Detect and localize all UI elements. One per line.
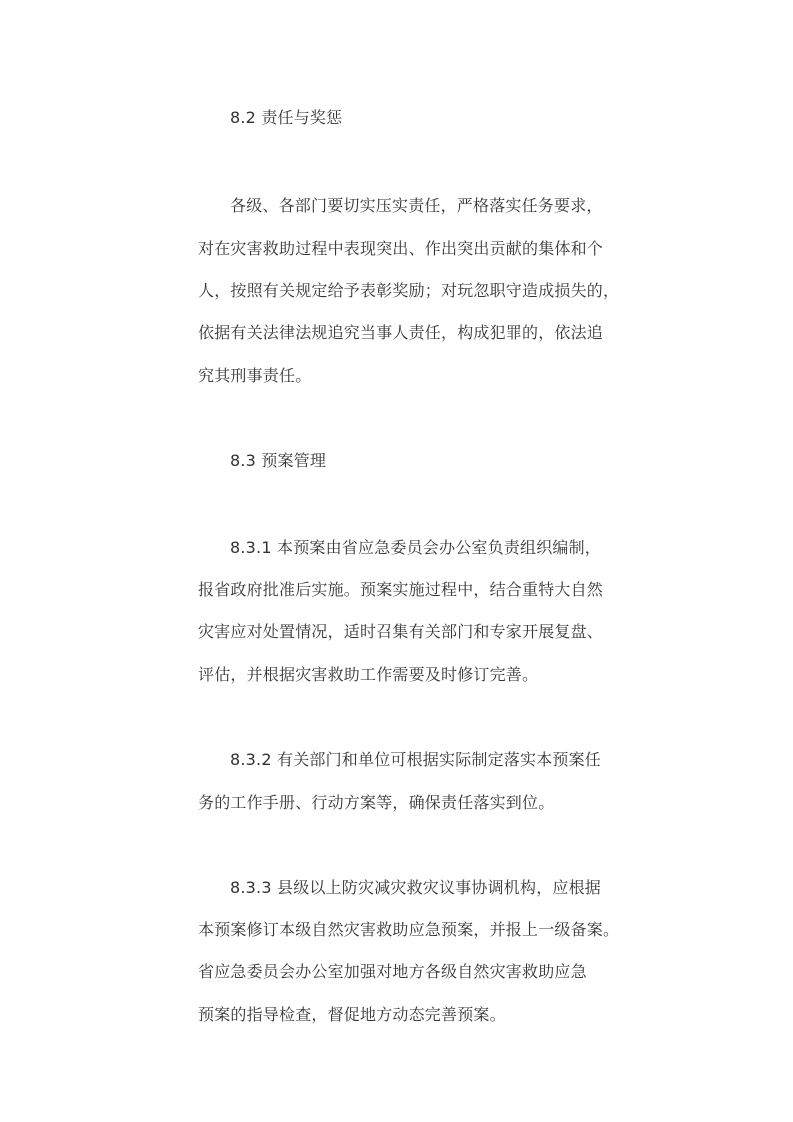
paragraph-line: 预案的指导检查，督促地方动态完善预案。 xyxy=(198,1005,506,1025)
paragraph-line: 人，按照有关规定给予表彰奖励；对玩忽职守造成损失的， xyxy=(198,281,619,301)
paragraph-line: 省应急委员会办公室加强对地方各级自然灾害救助应急 xyxy=(198,962,587,982)
paragraph-line: 务的工作手册、行动方案等，确保责任落实到位。 xyxy=(198,793,554,813)
paragraph-line: 灾害应对处置情况，适时召集有关部门和专家开展复盘、 xyxy=(198,622,603,642)
paragraph-line: 报省政府批准后实施。预案实施过程中，结合重特大自然 xyxy=(198,580,603,600)
paragraph-line: 8.3.2 有关部门和单位可根据实际制定落实本预案任 xyxy=(230,750,601,770)
section-heading-8-2: 8.2 责任与奖惩 xyxy=(230,108,342,128)
paragraph-line: 究其刑事责任。 xyxy=(198,366,311,386)
paragraph-line: 8.3.3 县级以上防灾减灾救灾议事协调机构，应根据 xyxy=(230,878,601,898)
paragraph-line: 对在灾害救助过程中表现突出、作出突出贡献的集体和个 xyxy=(198,239,603,259)
paragraph-line: 8.3.1 本预案由省应急委员会办公室负责组织编制， xyxy=(230,538,601,558)
document-page: 8.2 责任与奖惩 各级、各部门要切实压实责任，严格落实任务要求， 对在灾害救助… xyxy=(0,0,793,1122)
paragraph-line: 各级、各部门要切实压实责任，严格落实任务要求， xyxy=(230,196,603,216)
section-heading-8-3: 8.3 预案管理 xyxy=(230,451,326,471)
paragraph-line: 依据有关法律法规追究当事人责任，构成犯罪的，依法追 xyxy=(198,323,603,343)
paragraph-line: 本预案修订本级自然灾害救助应急预案，并报上一级备案。 xyxy=(198,920,619,940)
paragraph-line: 评估，并根据灾害救助工作需要及时修订完善。 xyxy=(198,665,538,685)
